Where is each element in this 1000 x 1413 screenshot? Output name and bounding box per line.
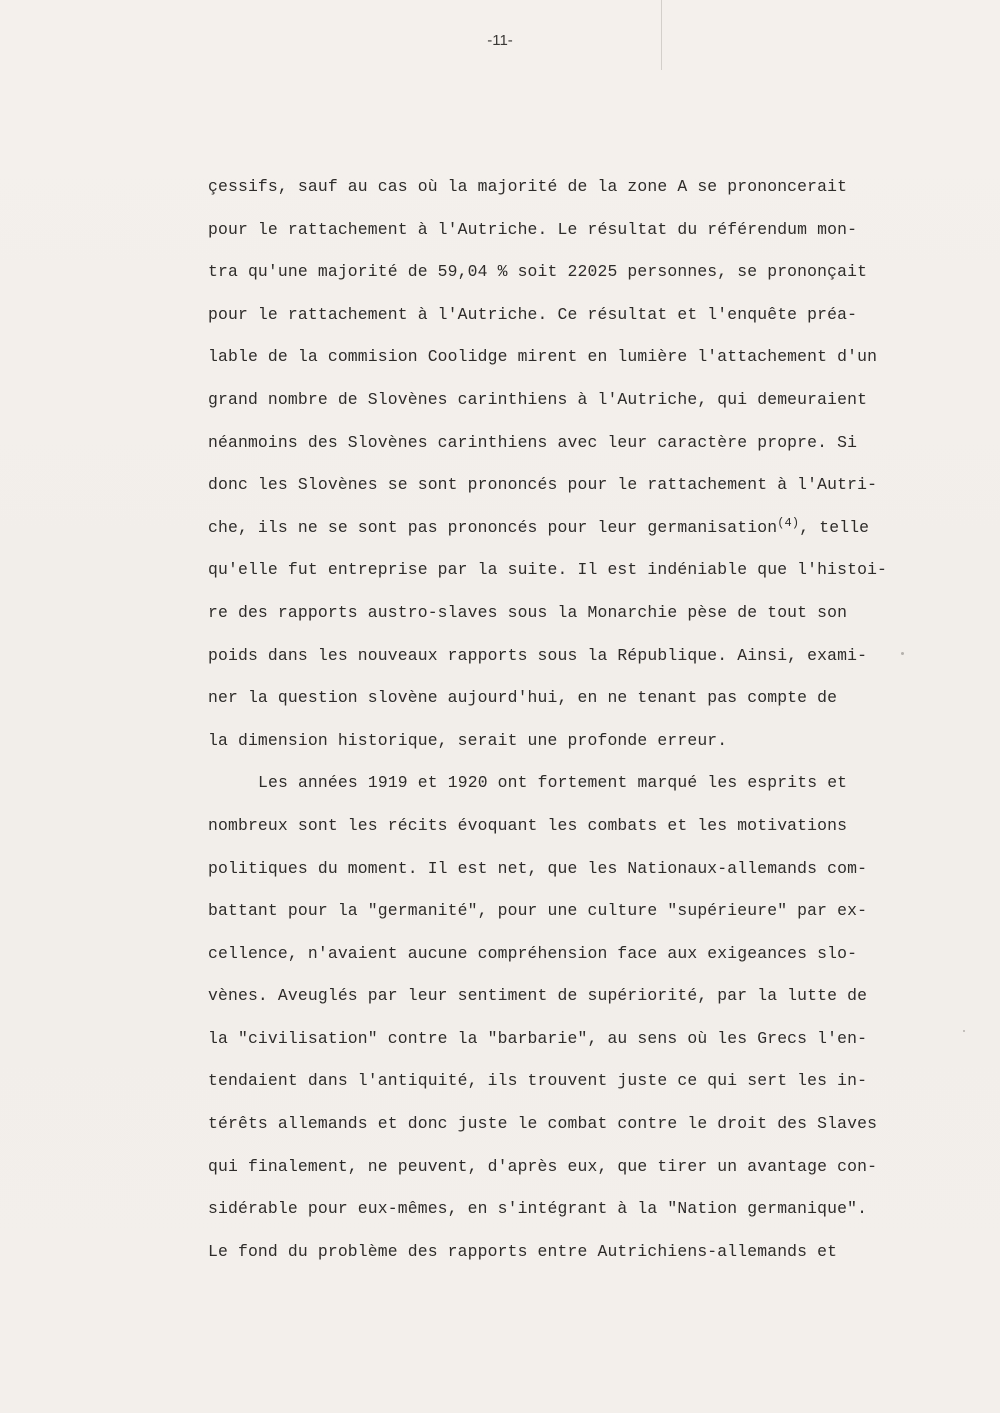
text-line: poids dans les nouveaux rapports sous la… (208, 645, 928, 688)
text-line: donc les Slovènes se sont prononcés pour… (208, 474, 928, 517)
body-text: çessifs, sauf au cas où la majorité de l… (208, 176, 928, 1283)
text-line: vènes. Aveuglés par leur sentiment de su… (208, 985, 928, 1028)
line-text: sidérable pour eux-mêmes, en s'intégrant… (208, 1199, 867, 1218)
line-text: la dimension historique, serait une prof… (208, 731, 727, 750)
text-line: che, ils ne se sont pas prononcés pour l… (208, 517, 928, 560)
text-line: nombreux sont les récits évoquant les co… (208, 815, 928, 858)
line-text: qu'elle fut entreprise par la suite. Il … (208, 560, 887, 579)
line-text: Les années 1919 et 1920 ont fortement ma… (258, 773, 847, 792)
line-text: re des rapports austro-slaves sous la Mo… (208, 603, 847, 622)
text-line: pour le rattachement à l'Autriche. Ce ré… (208, 304, 928, 347)
text-line: tra qu'une majorité de 59,04 % soit 2202… (208, 261, 928, 304)
line-text: grand nombre de Slovènes carinthiens à l… (208, 390, 867, 409)
text-line: néanmoins des Slovènes carinthiens avec … (208, 432, 928, 475)
line-text: ner la question slovène aujourd'hui, en … (208, 688, 837, 707)
text-line: politiques du moment. Il est net, que le… (208, 858, 928, 901)
line-text: politiques du moment. Il est net, que le… (208, 859, 867, 878)
line-text: vènes. Aveuglés par leur sentiment de su… (208, 986, 867, 1005)
line-text: che, ils ne se sont pas prononcés pour l… (208, 518, 777, 537)
text-line: térêts allemands et donc juste le combat… (208, 1113, 928, 1156)
text-line: pour le rattachement à l'Autriche. Le ré… (208, 219, 928, 262)
text-line: grand nombre de Slovènes carinthiens à l… (208, 389, 928, 432)
line-text: tra qu'une majorité de 59,04 % soit 2202… (208, 262, 867, 281)
text-line: Le fond du problème des rapports entre A… (208, 1241, 928, 1284)
text-line: re des rapports austro-slaves sous la Mo… (208, 602, 928, 645)
line-text: pour le rattachement à l'Autriche. Ce ré… (208, 305, 857, 324)
text-line: la "civilisation" contre la "barbarie", … (208, 1028, 928, 1071)
line-text: térêts allemands et donc juste le combat… (208, 1114, 877, 1133)
text-line: Les années 1919 et 1920 ont fortement ma… (208, 772, 928, 815)
page-number: -11- (0, 32, 1000, 49)
line-text: la "civilisation" contre la "barbarie", … (208, 1029, 867, 1048)
paper-speck (963, 1030, 965, 1032)
text-line: lable de la commision Coolidge mirent en… (208, 346, 928, 389)
text-line: qui finalement, ne peuvent, d'après eux,… (208, 1156, 928, 1199)
line-text: poids dans les nouveaux rapports sous la… (208, 646, 867, 665)
paper-speck (901, 652, 904, 655)
text-line: ner la question slovène aujourd'hui, en … (208, 687, 928, 730)
text-line: cellence, n'avaient aucune compréhension… (208, 943, 928, 986)
line-text: tendaient dans l'antiquité, ils trouvent… (208, 1071, 867, 1090)
line-text: Le fond du problème des rapports entre A… (208, 1242, 837, 1261)
line-text: donc les Slovènes se sont prononcés pour… (208, 475, 877, 494)
line-text-continued: , telle (799, 518, 869, 537)
text-line: tendaient dans l'antiquité, ils trouvent… (208, 1070, 928, 1113)
line-text: néanmoins des Slovènes carinthiens avec … (208, 433, 857, 452)
line-text: çessifs, sauf au cas où la majorité de l… (208, 177, 847, 196)
line-text: pour le rattachement à l'Autriche. Le ré… (208, 220, 857, 239)
footnote-reference: (4) (777, 516, 799, 530)
line-text: battant pour la "germanité", pour une cu… (208, 901, 867, 920)
text-line: battant pour la "germanité", pour une cu… (208, 900, 928, 943)
text-line: la dimension historique, serait une prof… (208, 730, 928, 773)
text-line: qu'elle fut entreprise par la suite. Il … (208, 559, 928, 602)
line-text: qui finalement, ne peuvent, d'après eux,… (208, 1157, 877, 1176)
text-line: çessifs, sauf au cas où la majorité de l… (208, 176, 928, 219)
line-text: nombreux sont les récits évoquant les co… (208, 816, 847, 835)
line-text: lable de la commision Coolidge mirent en… (208, 347, 877, 366)
document-page: -11- çessifs, sauf au cas où la majorité… (0, 0, 1000, 1413)
line-text: cellence, n'avaient aucune compréhension… (208, 944, 857, 963)
text-line: sidérable pour eux-mêmes, en s'intégrant… (208, 1198, 928, 1241)
